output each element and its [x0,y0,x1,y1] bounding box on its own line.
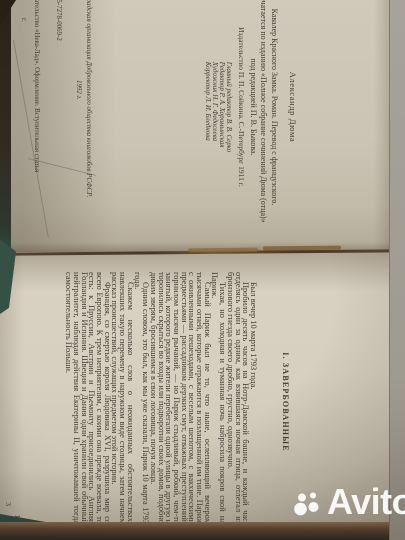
title-block: Кавалер Красного Замка. Роман. Перевод с… [248,0,280,252]
body-paragraph: Тихая, но холодная и туманная ночь набро… [211,272,226,524]
author-line: Александр Дюма [288,0,298,252]
copyright-line: Издательство «Нева-Лад». Оформление. Вст… [33,0,40,172]
body-paragraph: Одним словом, это был, как мы уже сказал… [134,272,149,524]
title-line: под редакцией П. В. Быкова. [248,0,259,252]
body-paragraph: Самый Париж был не то, что ныне, ослепля… [149,272,211,524]
photo-edge-left [0,0,11,256]
isbn-line: ISBN 5-7278-0069-2 [55,0,62,41]
copyright-tail: г. [20,18,27,22]
title-line: Кавалер Красного Замка. Роман. Перевод с… [269,0,280,252]
body-paragraph: Франция, со смертью короля Людовика XVI,… [64,272,110,524]
staff-block: Главный редактор В. В. Серко Редактор Р.… [204,62,233,153]
staff-line: Главный редактор В. В. Серко [225,62,232,153]
staff-line: Редактор Р. А. Хоромынская [218,62,225,153]
publisher-line: Издательство П. П. Сойкина. С.-Петербург… [238,0,247,252]
avito-wordmark: Avito [327,489,405,515]
page-number: 3 [4,502,13,506]
table-surface [389,0,405,540]
body-paragraph: Был вечер 10 марта 1793 года. [249,272,257,524]
staff-line: Корректор Л. И. Бледнова [204,62,211,153]
avito-logo-icon [294,491,322,517]
society-line: градская организация Добровольного общес… [85,0,92,197]
body-text: Был вечер 10 марта 1793 года. Пробило де… [64,272,257,524]
avito-watermark: Avito [294,491,405,517]
body-paragraph: Пробило десять часов на Нотр-Дамской баш… [226,272,249,524]
chapter-heading: I. ЗАВЕРБОВАННЫЕ [281,266,290,538]
title-line: Печатается по изданию «Полное собрание с… [258,0,269,252]
society-year: 1992 г. [75,80,82,100]
body-paragraph: Скажем несколько слов о неожиданных обст… [111,272,134,524]
book-listing-photo: Александр Дюма Кавалер Красного Замка. Р… [0,0,405,540]
left-page: Александр Дюма Кавалер Красного Замка. Р… [0,0,400,252]
photo-edge-bottom [0,522,405,540]
staff-line: Художник Н. Г. Федосеева [211,62,218,153]
